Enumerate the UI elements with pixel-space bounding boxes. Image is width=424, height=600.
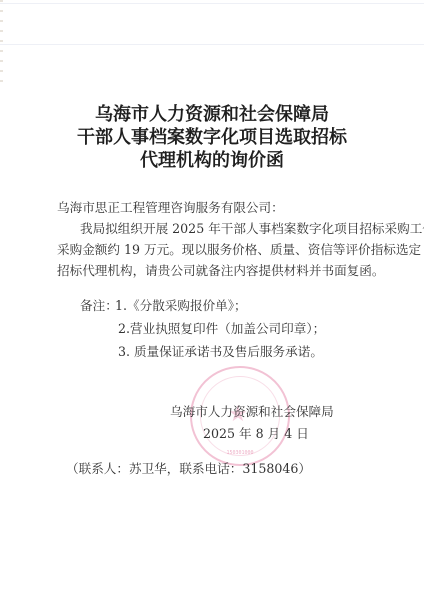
- signature-date: 2025 年 8 月 4 日: [203, 425, 309, 443]
- addressee: 乌海市思正工程管理咨询服务有限公司：: [57, 199, 284, 217]
- body-line-2: 采购金额约 19 万元。现以服务价格、质量、资信等评价指标选定: [57, 241, 421, 259]
- remark-item-1: 1.《分散采购报价单》；: [115, 297, 247, 315]
- body-line-3: 招标代理机构，请贵公司就备注内容提供材料并书面复函。: [57, 262, 384, 280]
- remark-item-3: 3. 质量保证承诺书及售后服务承诺。: [118, 343, 323, 361]
- scan-line: [0, 44, 424, 45]
- scan-edge-marks: [0, 0, 3, 90]
- body-line-1: 我局拟组织开展 2025 年干部人事档案数字化项目招标采购工作，: [80, 220, 424, 238]
- signature-org: 乌海市人力资源和社会保障局: [170, 403, 334, 421]
- title-line-2: 干部人事档案数字化项目选取招标: [0, 127, 424, 149]
- seal-code: 150301000: [210, 450, 270, 456]
- remark-item-2: 2.营业执照复印件（加盖公司印章）；: [118, 320, 325, 338]
- contact-info: （联系人：苏卫华，联系电话：3158046）: [66, 460, 311, 478]
- scan-line: [0, 3, 424, 4]
- title-line-1: 乌海市人力资源和社会保障局: [0, 104, 424, 126]
- title-line-3: 代理机构的询价函: [0, 150, 424, 172]
- remarks-label: 备注：: [80, 297, 118, 315]
